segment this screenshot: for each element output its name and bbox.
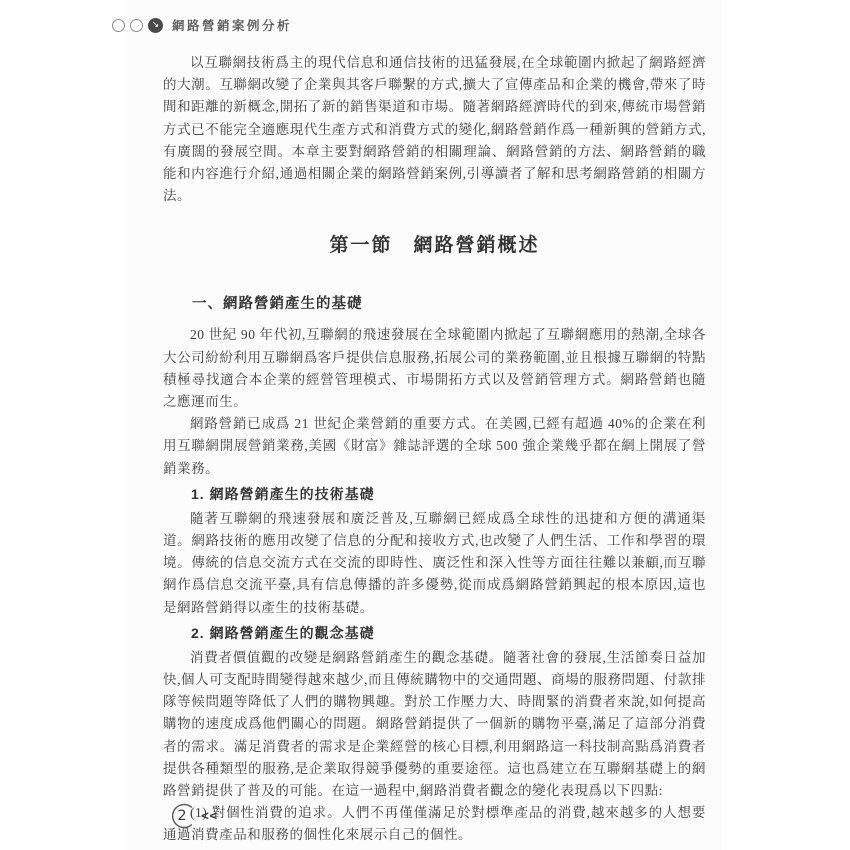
paragraph-technical: 隨著互聯網的飛速發展和廣泛普及,互聯網已經成爲全球性的迅捷和方便的溝通渠道。網路…	[163, 508, 706, 619]
circle-icon	[130, 19, 143, 32]
scanned-book-page: ↘ 網路營銷案例分析 以互聯網技術爲主的現代信息和通信技術的迅猛發展,在全球範圍…	[0, 0, 850, 850]
intro-paragraph: 以互聯網技術爲主的現代信息和通信技術的迅猛發展,在全球範圍内掀起了網路經濟的大潮…	[163, 52, 706, 207]
paragraph-statistics: 網路營銷已成爲 21 世紀企業營銷的重要方式。在美國,已經有超過 40%的企業在…	[163, 413, 706, 480]
circle-icon	[112, 19, 125, 32]
paragraph-foundation: 20 世紀 90 年代初,互聯網的飛速發展在全球範圍内掀起了互聯網應用的熱潮,全…	[163, 324, 706, 413]
subsection-heading-3: 2. 網路營銷產生的觀念基礎	[163, 622, 706, 644]
book-title: 網路營銷案例分析	[172, 16, 292, 34]
page-footer: 2 <<	[167, 800, 218, 832]
subsection-heading-2: 1. 網路營銷產生的技術基礎	[163, 483, 706, 505]
mouse-cursor-icon: ↘	[148, 18, 163, 33]
paragraph-concept: 消費者價值觀的改變是網路營銷產生的觀念基礎。隨著社會的發展,生活節奏日益加快,個…	[163, 647, 706, 802]
page-number-badge: 2	[167, 800, 199, 832]
page-number: 2	[167, 800, 197, 831]
paragraph-individuality: (1) 對個性消費的追求。人們不再僅僅滿足於對標準產品的消費,越來越多的人想要通…	[163, 802, 706, 846]
page-body: 以互聯網技術爲主的現代信息和通信技術的迅猛發展,在全球範圍内掀起了網路經濟的大潮…	[163, 52, 706, 847]
cursor-glyph: ↘	[152, 21, 160, 30]
subsection-heading-1: 一、網路營銷產生的基礎	[163, 293, 706, 315]
running-head: ↘ 網路營銷案例分析	[112, 16, 292, 34]
section-heading: 第一節 網路營銷概述	[163, 234, 706, 258]
page-marker: <<	[201, 809, 218, 824]
